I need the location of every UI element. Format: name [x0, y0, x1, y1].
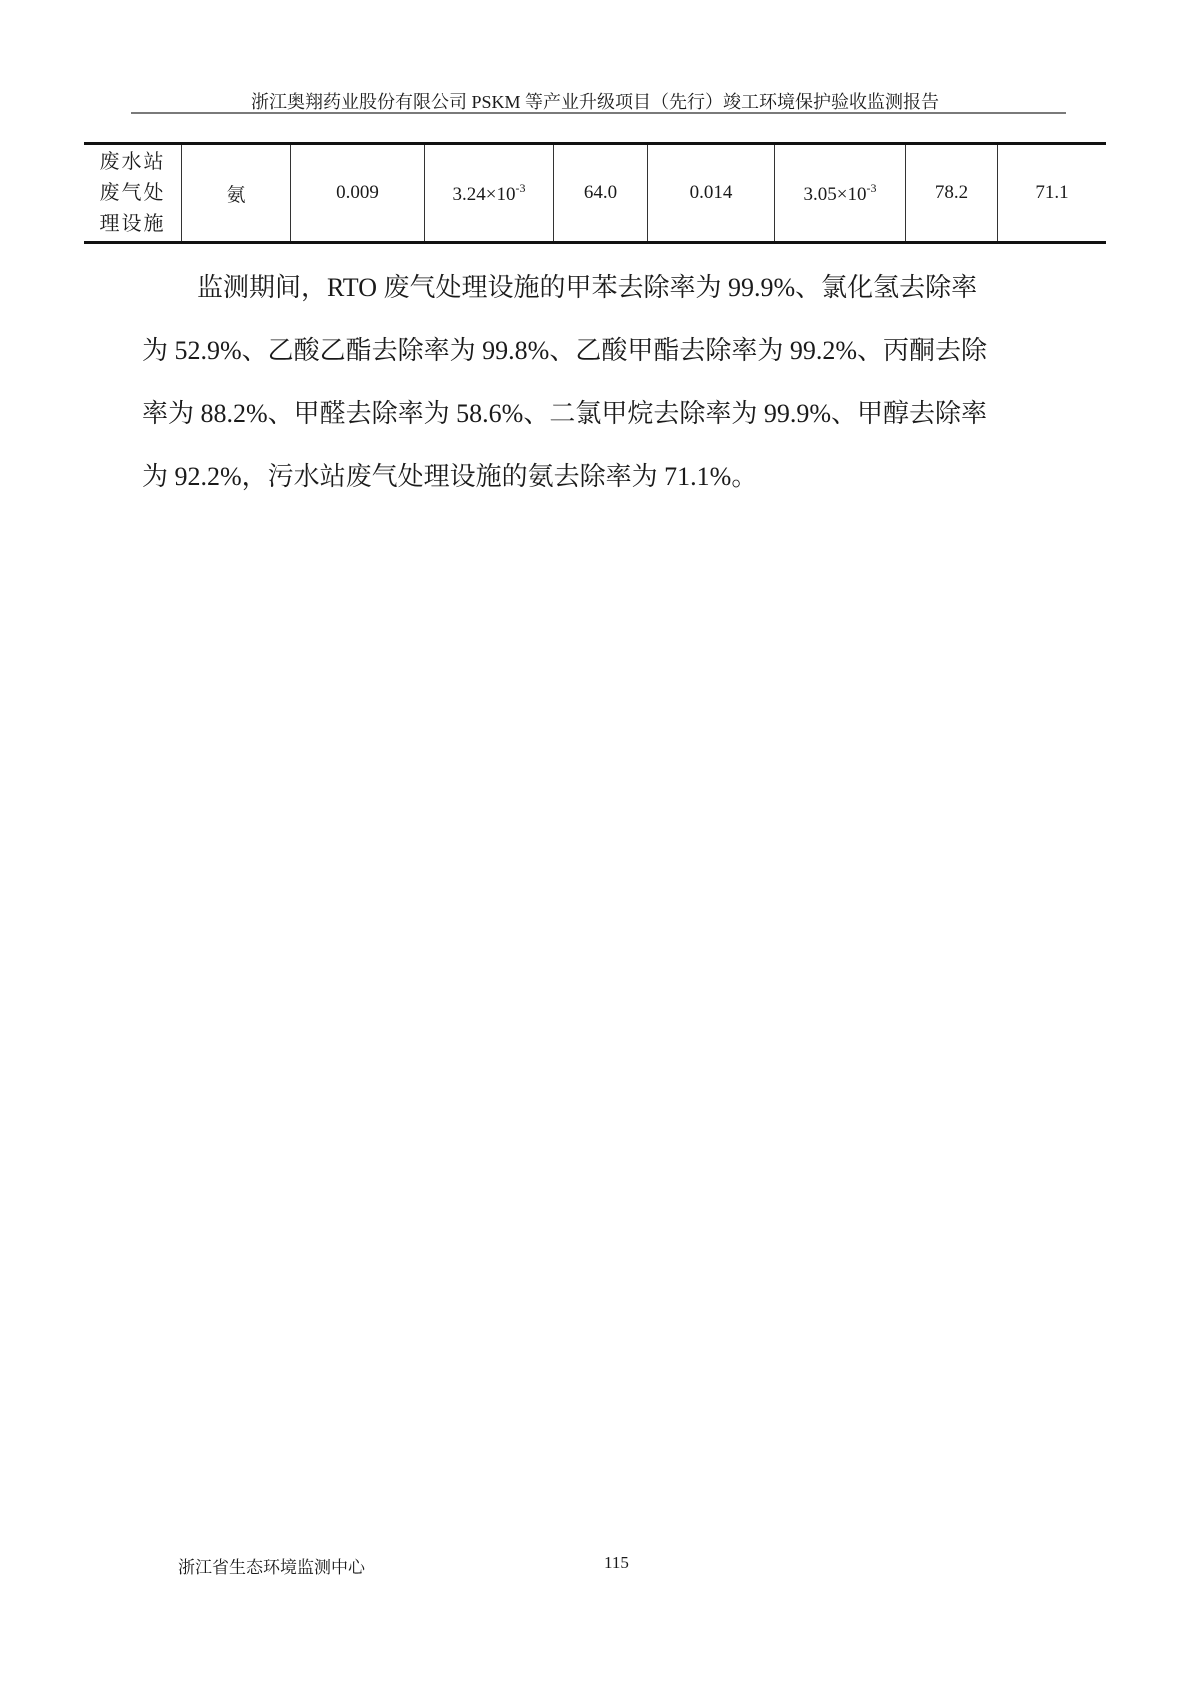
value-cell: 78.2	[906, 144, 998, 243]
inlet-rate-base: 3.24×10	[453, 184, 516, 205]
paragraph-line: 为 52.9%、乙酸乙酯去除率为 99.8%、乙酸甲酯去除率为 99.2%、丙酮…	[142, 319, 1054, 382]
paragraph-line: 监测期间，RTO 废气处理设施的甲苯去除率为 99.9%、氯化氢去除率	[142, 256, 1054, 319]
outlet-concentration-cell: 0.014	[648, 144, 775, 243]
facility-cell: 废水站 废气处 理设施	[84, 144, 182, 243]
facility-line: 废水站	[84, 147, 181, 178]
pollutant-cell: 氨	[182, 144, 291, 243]
monitoring-table: 废水站 废气处 理设施 氨 0.009 3.24×10-3 64.0 0.014…	[84, 142, 1106, 244]
facility-line: 理设施	[84, 209, 181, 240]
report-header-title: 浙江奥翔药业股份有限公司 PSKM 等产业升级项目（先行）竣工环境保护验收监测报…	[0, 88, 1190, 114]
facility-line: 废气处	[84, 178, 181, 209]
removal-rate-cell: 71.1	[998, 144, 1107, 243]
value-cell: 64.0	[554, 144, 648, 243]
outlet-rate-cell: 3.05×10-3	[775, 144, 906, 243]
header-divider	[131, 112, 1066, 114]
summary-paragraph: 监测期间，RTO 废气处理设施的甲苯去除率为 99.9%、氯化氢去除率 为 52…	[142, 256, 1054, 508]
paragraph-line: 率为 88.2%、甲醛去除率为 58.6%、二氯甲烷去除率为 99.9%、甲醇去…	[142, 382, 1054, 445]
footer-organization: 浙江省生态环境监测中心	[178, 1553, 365, 1578]
paragraph-line: 为 92.2%，污水站废气处理设施的氨去除率为 71.1%。	[142, 445, 1054, 508]
table-row: 废水站 废气处 理设施 氨 0.009 3.24×10-3 64.0 0.014…	[84, 144, 1106, 243]
inlet-rate-cell: 3.24×10-3	[425, 144, 554, 243]
outlet-rate-base: 3.05×10	[804, 184, 867, 205]
inlet-rate-exponent: -3	[515, 181, 525, 195]
outlet-rate-exponent: -3	[866, 181, 876, 195]
inlet-concentration-cell: 0.009	[291, 144, 425, 243]
page-number: 115	[604, 1553, 629, 1573]
